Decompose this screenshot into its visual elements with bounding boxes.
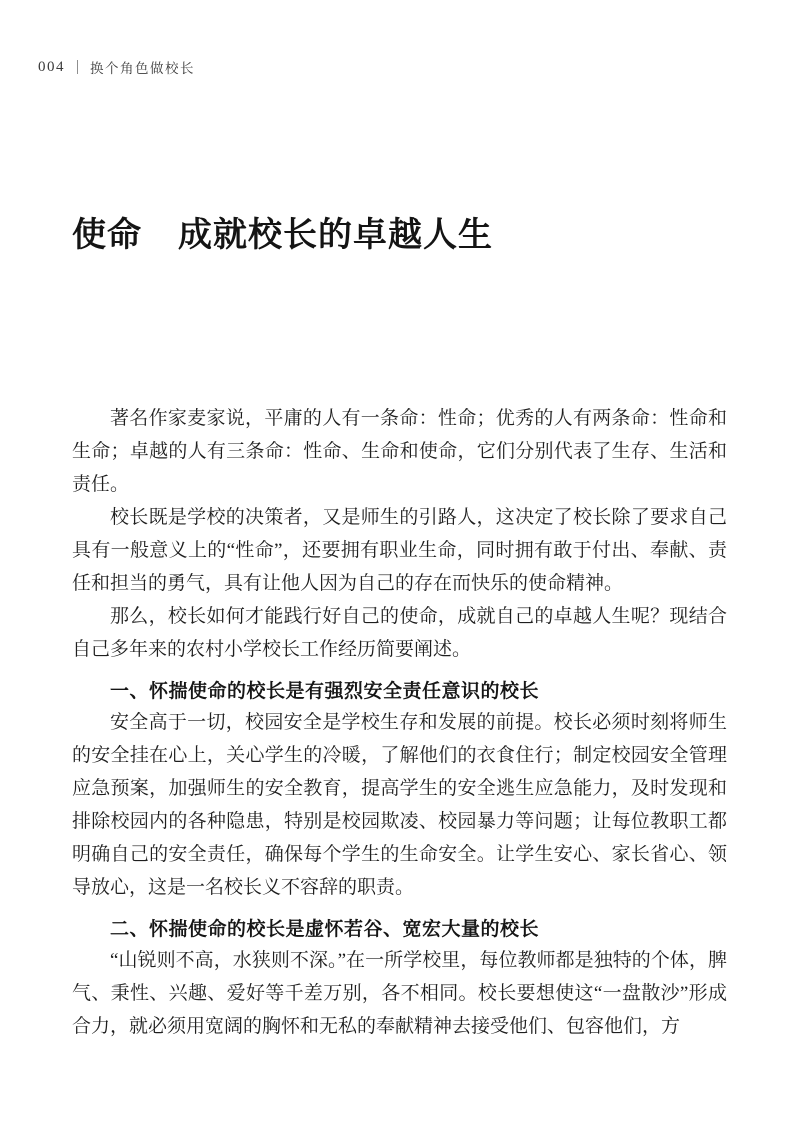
paragraph-3: 那么，校长如何才能践行好自己的使命，成就自己的卓越人生呢？现结合自己多年来的农村… bbox=[72, 600, 727, 666]
paragraph-4: 安全高于一切，校园安全是学校生存和发展的前提。校长必须时刻将师生的安全挂在心上，… bbox=[72, 706, 727, 904]
chapter-title-keyword: 使命 bbox=[72, 217, 142, 254]
running-head: 004 换个角色做校长 bbox=[38, 57, 195, 77]
header-divider-bar bbox=[77, 60, 78, 74]
paragraph-1: 著名作家麦家说，平庸的人有一条命：性命；优秀的人有两条命：性命和生命；卓越的人有… bbox=[72, 402, 727, 501]
paragraph-2: 校长既是学校的决策者，又是师生的引路人，这决定了校长除了要求自己具有一般意义上的… bbox=[72, 501, 727, 600]
section-heading-2: 二、怀揣使命的校长是虚怀若谷、宽宏大量的校长 bbox=[72, 916, 727, 944]
section-heading-1: 一、怀揣使命的校长是有强烈安全责任意识的校长 bbox=[72, 678, 727, 706]
paragraph-5: “山锐则不高，水狭则不深。”在一所学校里，每位教师都是独特的个体，脾气、秉性、兴… bbox=[72, 944, 727, 1043]
book-title: 换个角色做校长 bbox=[90, 57, 195, 77]
book-page: 004 换个角色做校长 使命成就校长的卓越人生 著名作家麦家说，平庸的人有一条命… bbox=[0, 0, 799, 1129]
page-body: 著名作家麦家说，平庸的人有一条命：性命；优秀的人有两条命：性命和生命；卓越的人有… bbox=[72, 402, 727, 1043]
chapter-title: 使命成就校长的卓越人生 bbox=[72, 214, 493, 258]
chapter-title-subtitle: 成就校长的卓越人生 bbox=[178, 217, 493, 254]
page-number: 004 bbox=[38, 59, 65, 76]
